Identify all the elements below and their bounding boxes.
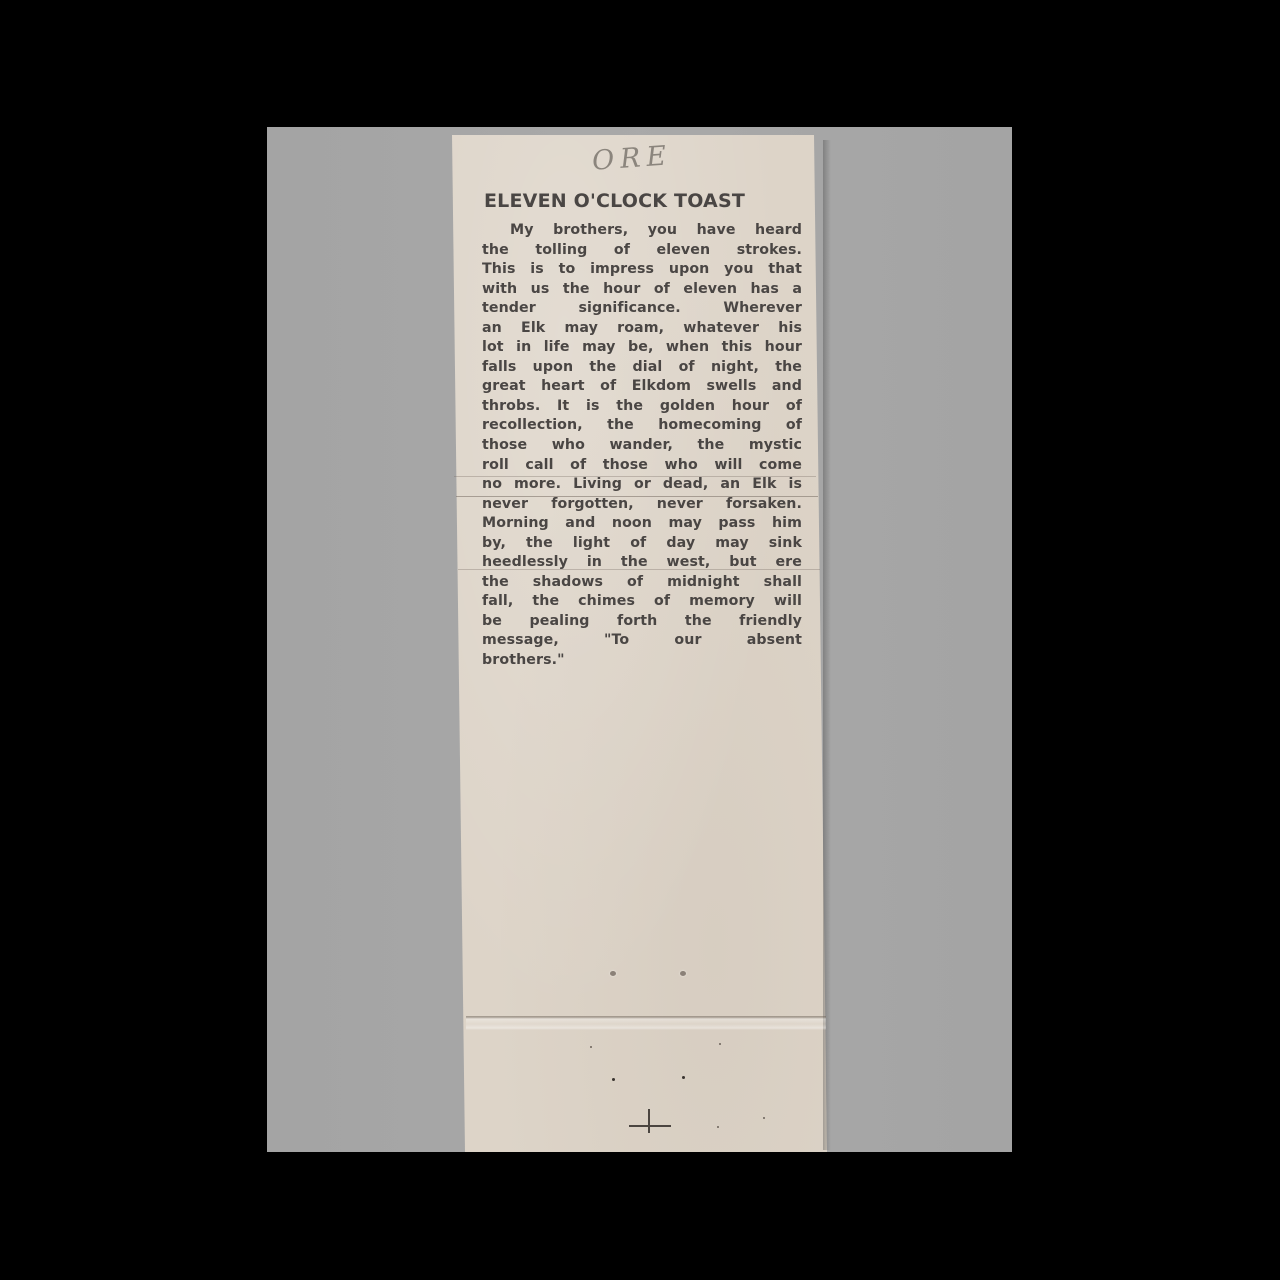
toast-line: no more. Living or dead, an Elk is bbox=[482, 475, 802, 495]
cross-mark-icon-vertical bbox=[648, 1109, 650, 1133]
toast-line: Morning and noon may pass him bbox=[482, 514, 802, 534]
toast-line: This is to impress upon you that bbox=[482, 260, 802, 280]
toast-title: ELEVEN O'CLOCK TOAST bbox=[484, 190, 794, 212]
toast-line: fall, the chimes of memory will bbox=[482, 592, 802, 612]
toast-line: roll call of those who will come bbox=[482, 456, 802, 476]
cross-mark-icon-horizontal bbox=[629, 1125, 671, 1127]
toast-line: the tolling of eleven strokes. bbox=[482, 241, 802, 261]
matchbook-edge-shadow bbox=[823, 140, 831, 1150]
paper-speck bbox=[763, 1117, 765, 1119]
handwritten-note: ORE bbox=[591, 140, 673, 177]
toast-line: message, "To our absent bbox=[482, 631, 802, 651]
staple-dot-right-lower bbox=[682, 1076, 685, 1079]
toast-line: falls upon the dial of night, the bbox=[482, 358, 802, 378]
paper-speck bbox=[717, 1126, 719, 1128]
toast-line: never forgotten, never forsaken. bbox=[482, 495, 802, 515]
striker-fold bbox=[466, 1016, 826, 1030]
staple-dot-left-lower bbox=[612, 1078, 615, 1081]
toast-line: tender significance. Wherever bbox=[482, 299, 802, 319]
toast-line: heedlessly in the west, but ere bbox=[482, 553, 802, 573]
toast-line: be pealing forth the friendly bbox=[482, 612, 802, 632]
toast-line: brothers." bbox=[482, 651, 802, 671]
staple-hole-left-upper bbox=[610, 971, 616, 976]
toast-line: an Elk may roam, whatever his bbox=[482, 319, 802, 339]
toast-line: those who wander, the mystic bbox=[482, 436, 802, 456]
toast-line: lot in life may be, when this hour bbox=[482, 338, 802, 358]
toast-line: with us the hour of eleven has a bbox=[482, 280, 802, 300]
paper-speck bbox=[590, 1046, 592, 1048]
paper-speck bbox=[719, 1043, 721, 1045]
toast-line: great heart of Elkdom swells and bbox=[482, 377, 802, 397]
toast-line: My brothers, you have heard bbox=[482, 221, 802, 241]
toast-line: recollection, the homecoming of bbox=[482, 416, 802, 436]
toast-line: throbs. It is the golden hour of bbox=[482, 397, 802, 417]
toast-line: by, the light of day may sink bbox=[482, 534, 802, 554]
toast-body: My brothers, you have heard the tolling … bbox=[482, 221, 802, 671]
staple-hole-right-upper bbox=[680, 971, 686, 976]
toast-line: the shadows of midnight shall bbox=[482, 573, 802, 593]
